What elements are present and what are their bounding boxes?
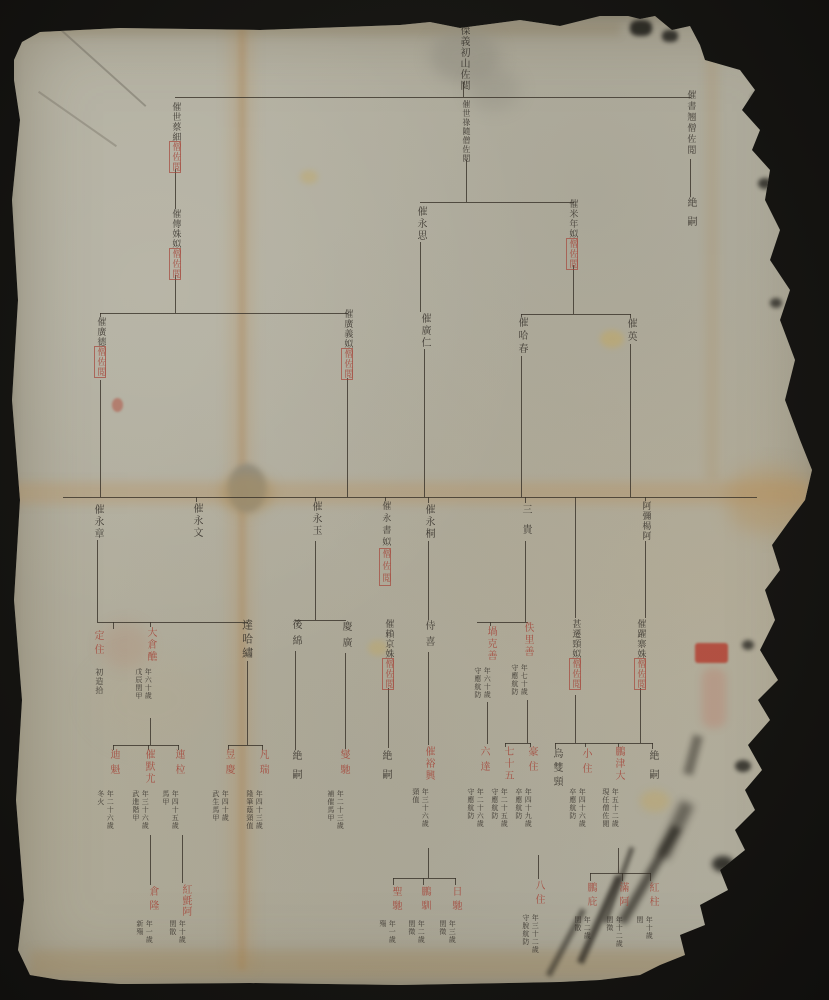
- genealogy-scan-page: 催傑義初山佐閲催世祿隨僧佐閲催世蔡細僧佐閲催書翘僧佐閲絶嗣催永思催米年姒僧佐閲催…: [0, 0, 829, 1000]
- red-seal: [695, 643, 728, 663]
- red-seal: [702, 668, 726, 728]
- red-seal: [112, 398, 123, 412]
- seal-layer: [0, 0, 829, 1000]
- paper-sheet: 催傑義初山佐閲催世祿隨僧佐閲催世蔡細僧佐閲催書翘僧佐閲絶嗣催永思催米年姒僧佐閲催…: [8, 16, 820, 988]
